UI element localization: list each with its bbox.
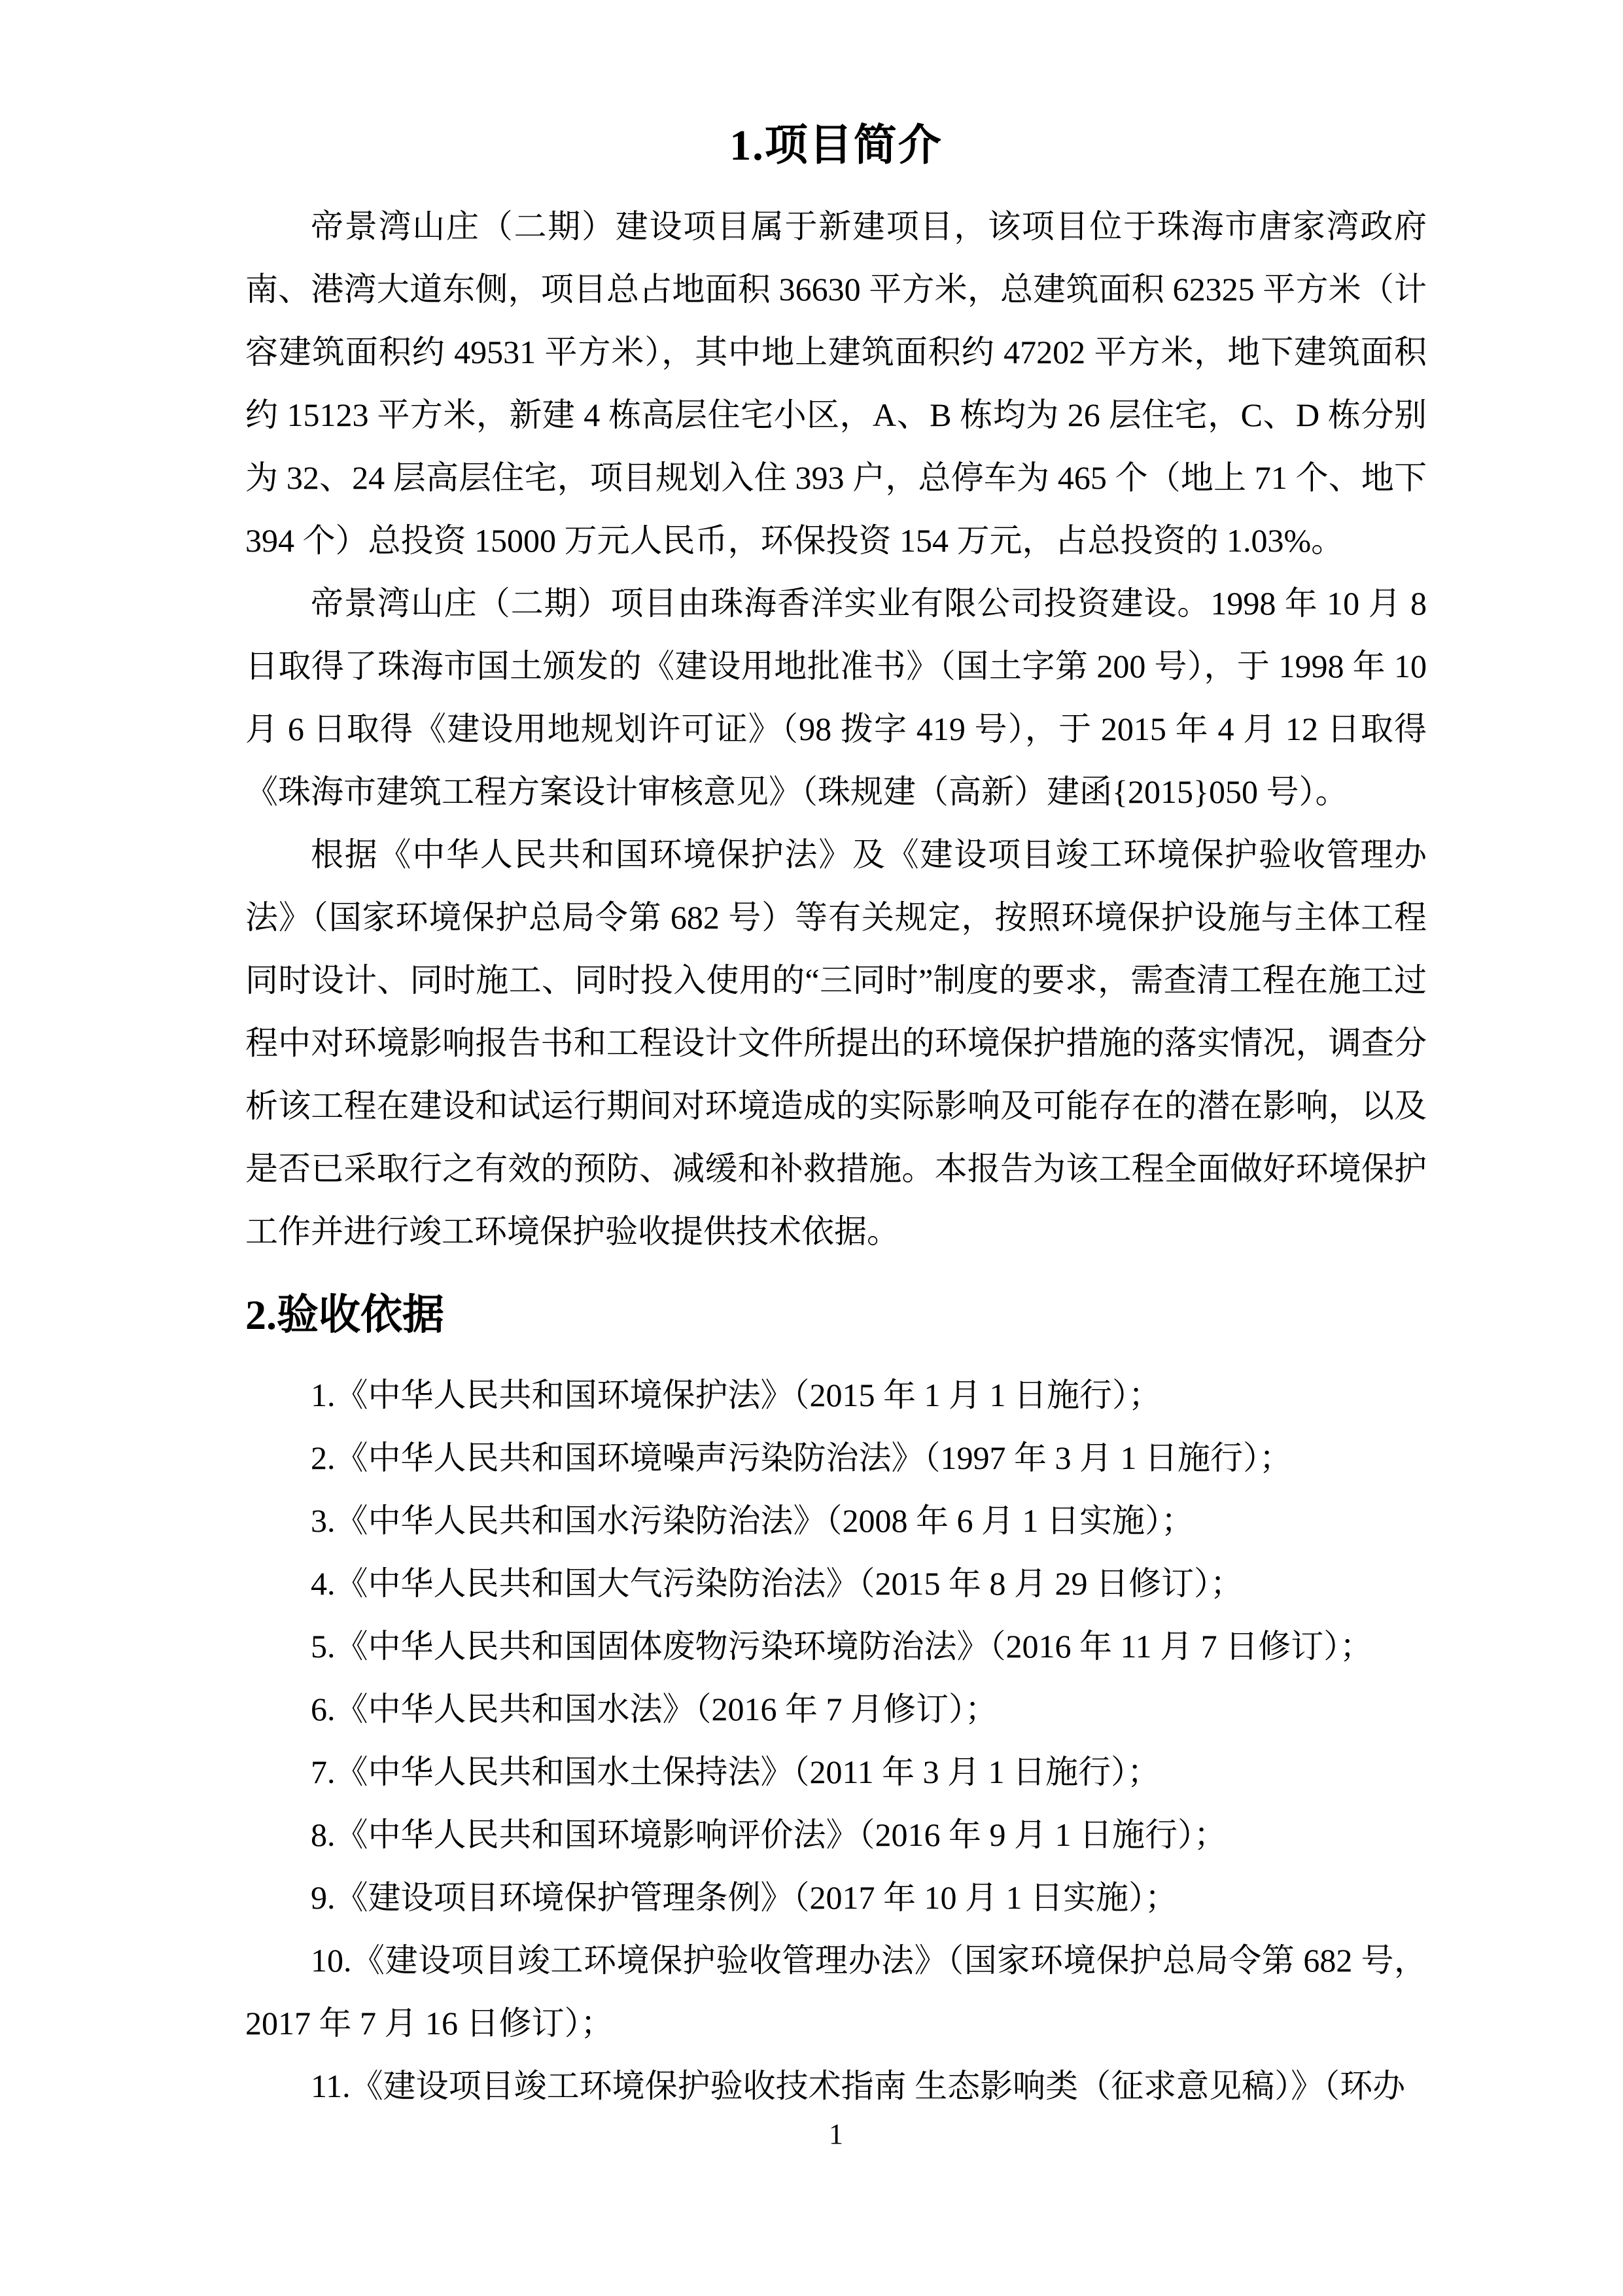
- section-1-paragraph-1: 帝景湾山庄（二期）建设项目属于新建项目，该项目位于珠海市唐家湾政府南、港湾大道东…: [245, 195, 1427, 572]
- list-item-6: 6.《中华人民共和国水法》（2016 年 7 月修订）；: [245, 1678, 1427, 1740]
- list-item-5: 5.《中华人民共和国固体废物污染环境防治法》（2016 年 11 月 7 日修订…: [245, 1615, 1427, 1678]
- list-item-7: 7.《中华人民共和国水土保持法》（2011 年 3 月 1 日施行）；: [245, 1740, 1427, 1803]
- list-item-3: 3.《中华人民共和国水污染防治法》（2008 年 6 月 1 日实施）；: [245, 1489, 1427, 1552]
- list-item-11: 11.《建设项目竣工环境保护验收技术指南 生态影响类（征求意见稿）》（环办: [245, 2055, 1427, 2117]
- reference-list: 1.《中华人民共和国环境保护法》（2015 年 1 月 1 日施行）； 2.《中…: [245, 1364, 1427, 2117]
- list-item-10: 10.《建设项目竣工环境保护验收管理办法》（国家环境保护总局令第 682 号，2…: [245, 1929, 1427, 2055]
- list-item-8: 8.《中华人民共和国环境影响评价法》（2016 年 9 月 1 日施行）；: [245, 1803, 1427, 1866]
- list-item-4: 4.《中华人民共和国大气污染防治法》（2015 年 8 月 29 日修订）；: [245, 1552, 1427, 1615]
- section-1-heading: 1.项目简介: [245, 110, 1427, 182]
- list-item-9: 9.《建设项目环境保护管理条例》（2017 年 10 月 1 日实施）；: [245, 1866, 1427, 1929]
- page-content: 1.项目简介 帝景湾山庄（二期）建设项目属于新建项目，该项目位于珠海市唐家湾政府…: [245, 0, 1427, 2117]
- section-2-heading: 2.验收依据: [245, 1282, 1427, 1348]
- page-number: 1: [245, 2115, 1427, 2154]
- list-item-2: 2.《中华人民共和国环境噪声污染防治法》（1997 年 3 月 1 日施行）；: [245, 1426, 1427, 1489]
- document-page: 1.项目简介 帝景湾山庄（二期）建设项目属于新建项目，该项目位于珠海市唐家湾政府…: [0, 0, 1623, 2296]
- list-item-1: 1.《中华人民共和国环境保护法》（2015 年 1 月 1 日施行）；: [245, 1364, 1427, 1426]
- section-1-paragraph-3: 根据《中华人民共和国环境保护法》及《建设项目竣工环境保护验收管理办法》（国家环境…: [245, 823, 1427, 1263]
- section-1-paragraph-2: 帝景湾山庄（二期）项目由珠海香洋实业有限公司投资建设。1998 年 10 月 8…: [245, 572, 1427, 823]
